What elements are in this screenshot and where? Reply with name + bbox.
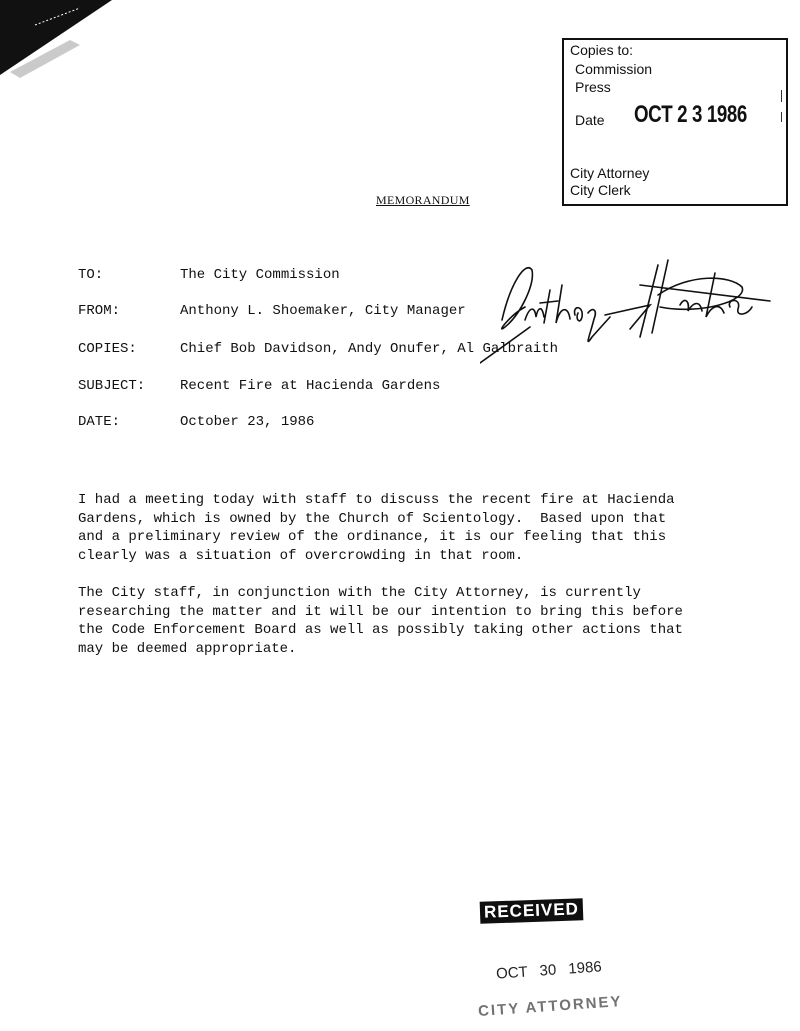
stamp-date-value: OCT 2 3 1986 xyxy=(634,106,747,123)
received-date: OCT 30 1986 xyxy=(496,958,603,982)
to-label: TO: xyxy=(78,267,103,283)
copies-to-stamp: Copies to: Commission Press Date OCT 2 3… xyxy=(562,38,788,206)
scan-mark xyxy=(781,112,782,122)
scan-corner-artifact xyxy=(0,0,130,80)
from-label: FROM: xyxy=(78,303,120,319)
received-stamp: RECEIVED OCT 30 1986 CITY ATTORNEY xyxy=(470,880,670,1030)
copies-label: COPIES: xyxy=(78,341,137,357)
received-label: RECEIVED xyxy=(480,898,584,924)
copies-to-label: Copies to: xyxy=(570,42,633,59)
subject-label: SUBJECT: xyxy=(78,378,145,394)
scan-mark xyxy=(781,90,782,102)
subject-value: Recent Fire at Hacienda Gardens xyxy=(180,378,440,394)
copies-city-attorney: City Attorney xyxy=(570,165,649,182)
date-label: DATE: xyxy=(78,414,120,430)
stamp-date-label: Date xyxy=(575,112,605,129)
copies-press: Press xyxy=(575,79,611,96)
copies-commission: Commission xyxy=(575,61,652,78)
memo-title: MEMORANDUM xyxy=(376,193,470,208)
received-department: CITY ATTORNEY xyxy=(478,993,623,1020)
from-value: Anthony L. Shoemaker, City Manager xyxy=(180,303,466,319)
date-value: October 23, 1986 xyxy=(180,414,314,430)
handwritten-signature xyxy=(480,245,780,365)
body-paragraph-1: I had a meeting today with staff to disc… xyxy=(78,491,768,565)
copies-city-clerk: City Clerk xyxy=(570,182,631,199)
to-value: The City Commission xyxy=(180,267,340,283)
body-paragraph-2: The City staff, in conjunction with the … xyxy=(78,584,768,658)
